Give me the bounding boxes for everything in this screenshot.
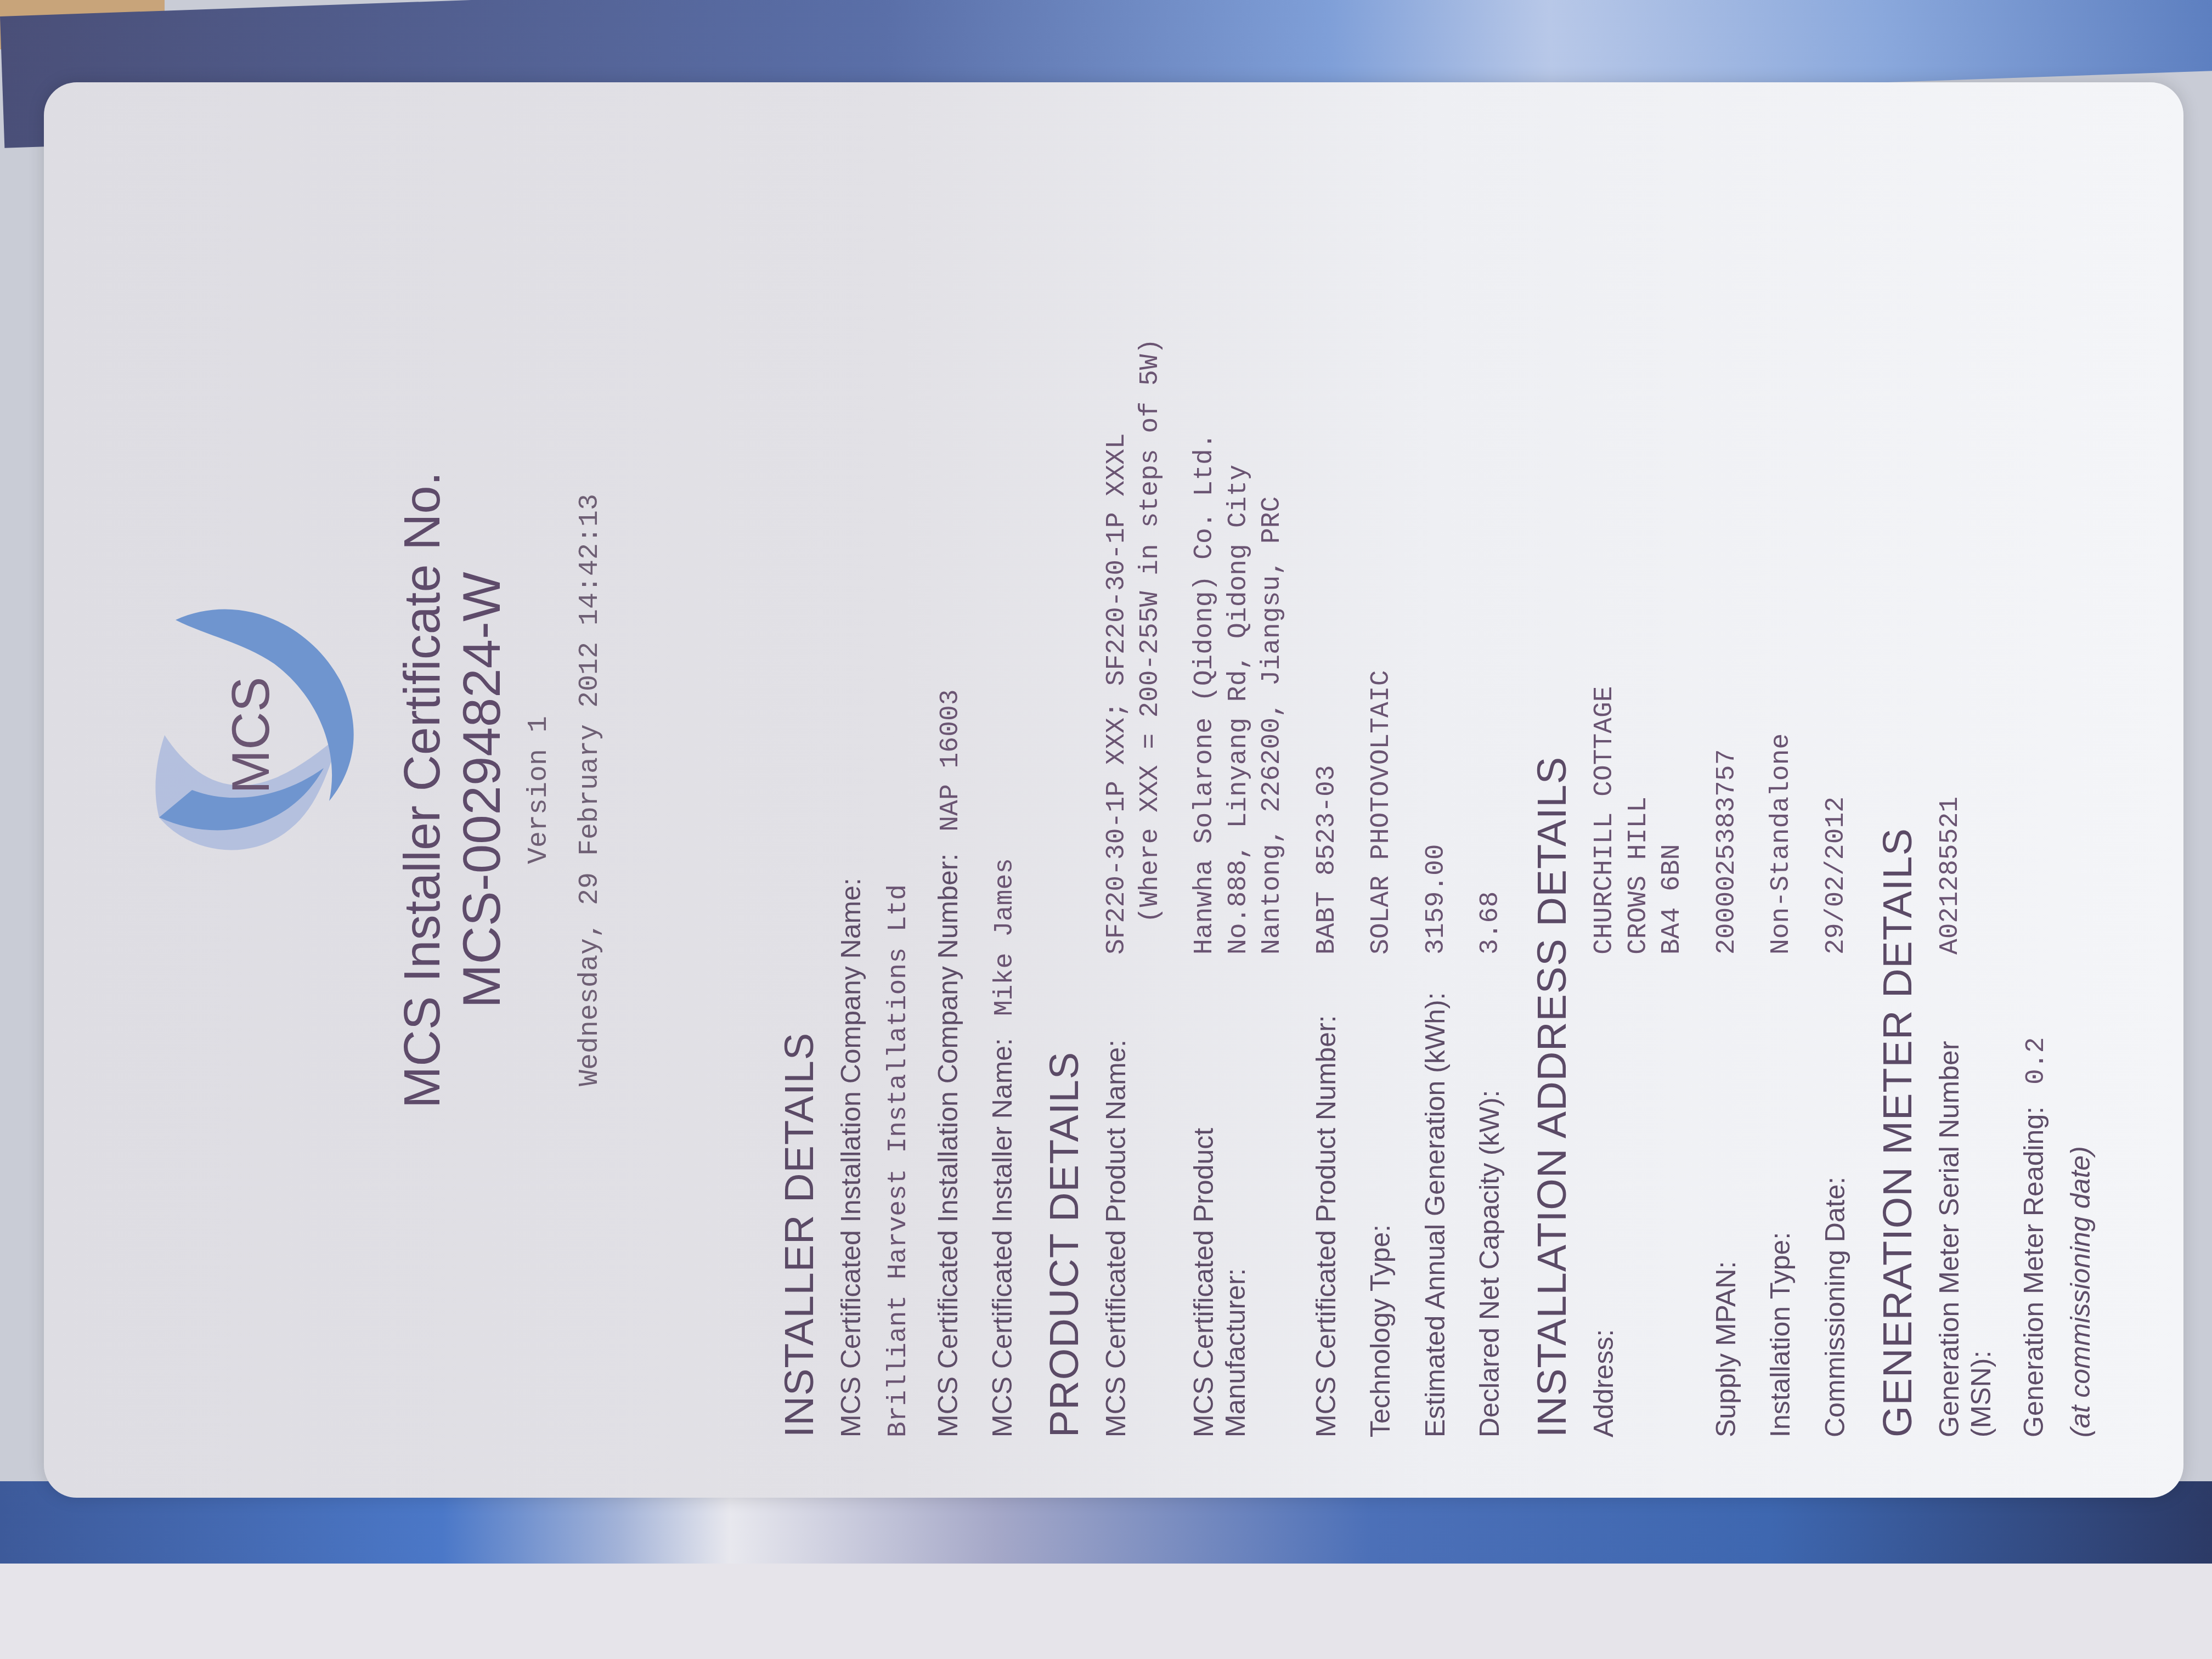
product-number-row: MCS Certificated Product Number: BABT 85… xyxy=(1311,121,1344,1437)
meter-serial-value: A021285521 xyxy=(1934,797,1997,955)
product-name-value: SF220-30-1P XXX; SF220-30-1P XXXL (Where… xyxy=(1101,338,1168,955)
svg-text:MCS: MCS xyxy=(222,676,280,793)
technology-label: Technology Type: xyxy=(1365,955,1398,1437)
product-number-value: BABT 8523-03 xyxy=(1311,765,1344,955)
technology-row: Technology Type: SOLAR PHOTOVOLTAIC xyxy=(1365,121,1398,1437)
mpan-label: Supply MPAN: xyxy=(1711,955,1744,1437)
meter-serial-label: Generation Meter Serial Number (MSN): xyxy=(1934,955,1997,1437)
commissioning-date-value: 29/02/2012 xyxy=(1820,797,1853,955)
installation-address-heading: INSTALLATION ADDRESS DETAILS xyxy=(1528,121,1575,1437)
commissioning-date-row: Commissioning Date: 29/02/2012 xyxy=(1820,121,1853,1437)
installation-type-label: Installation Type: xyxy=(1765,955,1798,1437)
company-number-label: MCS Certificated Installation Company Nu… xyxy=(933,854,963,1437)
company-number-row: MCS Certificated Installation Company Nu… xyxy=(932,121,966,1437)
company-name-label: MCS Certificated Installation Company Na… xyxy=(836,121,867,1437)
certificate-number: MCS-00294824-W xyxy=(450,82,513,1498)
meter-reading-value: 0.2 xyxy=(2022,1037,2051,1084)
address-label: Address: xyxy=(1588,955,1689,1437)
capacity-row: Declared Net Capacity (kW): 3.68 xyxy=(1474,121,1508,1437)
company-number-value: NAP 16003 xyxy=(936,689,966,831)
product-name-row: MCS Certificated Product Name: SF220-30-… xyxy=(1101,121,1168,1437)
manufacturer-row: MCS Certificated Product Manufacturer: H… xyxy=(1188,121,1289,1437)
meter-serial-row: Generation Meter Serial Number (MSN): A0… xyxy=(1934,121,1997,1437)
certificate-body: INSTALLER DETAILS MCS Certificated Insta… xyxy=(757,121,2096,1437)
capacity-value: 3.68 xyxy=(1474,891,1508,955)
annual-generation-value: 3159.00 xyxy=(1420,844,1453,955)
meter-reading-note: (at commissioning date) xyxy=(2064,121,2096,1437)
certificate-header: MCS Installer Certificate No. MCS-002948… xyxy=(395,82,606,1498)
mcs-swoosh-logo-icon: MCS xyxy=(110,592,395,878)
installer-name-label: MCS Certificated Installer Name: xyxy=(987,1038,1018,1437)
background-paper-bottom xyxy=(0,1564,2212,1659)
annual-generation-row: Estimated Annual Generation (kWh): 3159.… xyxy=(1420,121,1453,1437)
address-value: CHURCHILL COTTAGE CROWS HILL BA4 6BN xyxy=(1588,686,1689,955)
generation-meter-heading: GENERATION METER DETAILS xyxy=(1874,121,1921,1437)
product-details-heading: PRODUCT DETAILS xyxy=(1041,121,1087,1437)
technology-value: SOLAR PHOTOVOLTAIC xyxy=(1365,670,1398,955)
certificate-title: MCS Installer Certificate No. xyxy=(395,82,450,1498)
mpan-value: 2000025383757 xyxy=(1711,749,1744,955)
capacity-label: Declared Net Capacity (kW): xyxy=(1474,955,1508,1437)
address-row: Address: CHURCHILL COTTAGE CROWS HILL BA… xyxy=(1588,121,1689,1437)
installer-name-row: MCS Certificated Installer Name:Mike Jam… xyxy=(986,121,1020,1437)
commissioning-date-label: Commissioning Date: xyxy=(1820,955,1853,1437)
certificate-sheet: MCS MCS Installer Certificate No. MCS-00… xyxy=(44,82,2183,1498)
product-number-label: MCS Certificated Product Number: xyxy=(1311,955,1344,1437)
certificate-version: Version 1 xyxy=(523,82,555,1498)
installer-details-heading: INSTALLER DETAILS xyxy=(776,121,822,1437)
mpan-row: Supply MPAN: 2000025383757 xyxy=(1711,121,1744,1437)
installer-name-value: Mike James xyxy=(990,858,1020,1016)
manufacturer-value: Hanwha Solarone (Qidong) Co. Ltd. No.888… xyxy=(1188,433,1289,955)
installation-type-row: Installation Type: Non-Standalone xyxy=(1765,121,1798,1437)
product-name-label: MCS Certificated Product Name: xyxy=(1101,955,1168,1437)
certificate-page: MCS MCS Installer Certificate No. MCS-00… xyxy=(44,82,2183,1498)
installation-type-value: Non-Standalone xyxy=(1765,733,1798,955)
manufacturer-label: MCS Certificated Product Manufacturer: xyxy=(1188,955,1289,1437)
annual-generation-label: Estimated Annual Generation (kWh): xyxy=(1420,955,1453,1437)
certificate-issue-datetime: Wednesday, 29 February 2012 14:42:13 xyxy=(574,82,606,1498)
meter-reading-row: Generation Meter Reading:0.2 xyxy=(2018,121,2051,1437)
meter-reading-label: Generation Meter Reading: xyxy=(2018,1107,2049,1437)
company-name-value: Brilliant Harvest Installations Ltd xyxy=(884,121,913,1437)
